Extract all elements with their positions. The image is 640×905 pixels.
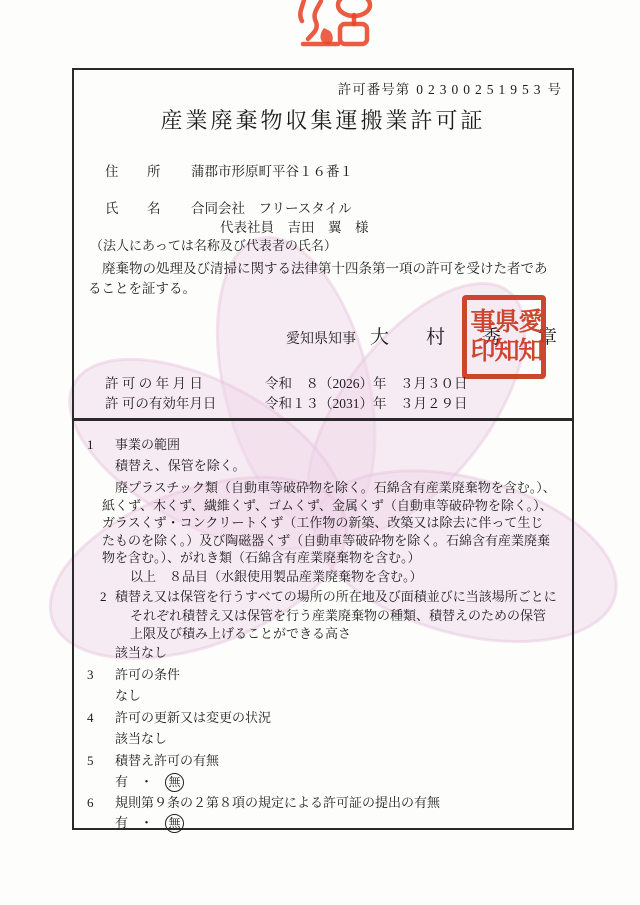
item1-line1: 積替え、保管を除く。: [115, 457, 558, 475]
item1-title: 事業の範囲: [115, 437, 180, 452]
holder-address-row: 住 所蒲郡市形原町平谷１６番１: [105, 160, 353, 180]
item6-no-option-circled: 無: [165, 814, 184, 833]
certification-statement: 廃棄物の処理及び清掃に関する法律第十四条第一項の許可を受けた者であることを証する…: [88, 259, 560, 298]
item5-title-row: 5積替え許可の有無: [87, 752, 558, 770]
item5-title: 積替え許可の有無: [115, 753, 219, 768]
item6-title: 規則第９条の２第８項の規定による許可証の提出の有無: [115, 795, 440, 810]
registration-stamp-icon: [291, 0, 379, 50]
item1-waste-types: 廃プラスチック類（自動車等破砕物を除く。石綿含有産業廃棄物を含む。）、紙くず、木…: [102, 479, 556, 567]
address-value: 蒲郡市形原町平谷１６番１: [191, 164, 353, 179]
legal-entity-note: （法人にあっては名称及び代表者の氏名）: [90, 235, 337, 254]
item6-separator: ・: [140, 815, 153, 830]
expiry-date-row: 許 可の有効年月日令和１３（2031）年 ３月２９日: [105, 392, 468, 412]
item4-title: 許可の更新又は変更の状況: [115, 710, 271, 725]
item2-body: 該当なし: [115, 644, 558, 662]
permit-date-row: 許 可 の 年 月 日令和 ８（2026）年 ３月３０日: [105, 372, 468, 392]
permit-header-box: 許可番号第02300251953号 産業廃棄物収集運搬業許可証 住 所蒲郡市形原…: [72, 68, 574, 420]
governor-seal: 愛知県知事印: [462, 295, 546, 379]
item5-no-option-circled: 無: [165, 773, 184, 792]
representative-name: 代表社員 吉田 翼 様: [220, 216, 369, 236]
item6-number: 6: [87, 794, 115, 812]
holder-name-row: 氏 名合同会社 フリースタイル: [105, 197, 352, 217]
item4-number: 4: [87, 709, 115, 727]
item5-number: 5: [87, 752, 115, 770]
item5-choice: 有・無: [115, 772, 558, 792]
address-label: 住 所: [105, 164, 161, 179]
issuer-office: 愛知県知事: [286, 332, 356, 347]
item6-title-row: 6規則第９条の２第８項の規定による許可証の提出の有無: [87, 794, 558, 812]
permit-number-suffix: 号: [548, 82, 563, 97]
permit-details-box: 1事業の範囲 積替え、保管を除く。 廃プラスチック類（自動車等破砕物を除く。石綿…: [72, 419, 574, 830]
item4-title-row: 4許可の更新又は変更の状況: [87, 709, 558, 727]
item1-title-row: 1事業の範囲: [87, 436, 558, 454]
item3-title-row: 3許可の条件: [87, 666, 558, 684]
expiry-date-value: 令和１３（2031）年 ３月２９日: [265, 396, 468, 411]
item5-yes-option: 有: [115, 774, 128, 789]
permit-number-prefix: 許可番号第: [338, 82, 411, 97]
expiry-date-label: 許 可の有効年月日: [105, 392, 265, 412]
permit-document-page: 許可番号第02300251953号 産業廃棄物収集運搬業許可証 住 所蒲郡市形原…: [0, 0, 640, 905]
permit-number: 許可番号第02300251953号: [338, 78, 562, 98]
permit-number-value: 02300251953: [416, 82, 545, 97]
item2-title: 積替え又は保管を行うすべての場所の所在地及び面積並びに当該場所ごとにそれぞれ積替…: [115, 589, 557, 641]
item4-body: 該当なし: [115, 730, 558, 748]
item1-summary: 以上 ８品目（水銀使用製品産業廃棄物を含む。）: [130, 568, 558, 586]
item1-number: 1: [87, 436, 115, 454]
item2-title-row: 2積替え又は保管を行うすべての場所の所在地及び面積並びに当該場所ごとにそれぞれ積…: [115, 588, 558, 644]
item6-choice: 有・無: [115, 813, 558, 833]
document-title: 産業廃棄物収集運搬業許可証: [74, 104, 572, 135]
item5-separator: ・: [140, 774, 153, 789]
item3-title: 許可の条件: [115, 667, 180, 682]
permit-date-value: 令和 ８（2026）年 ３月３０日: [265, 376, 468, 391]
company-name: 合同会社 フリースタイル: [191, 201, 352, 216]
item3-number: 3: [87, 666, 115, 684]
permit-date-label: 許 可 の 年 月 日: [105, 372, 265, 392]
item6-yes-option: 有: [115, 815, 128, 830]
item3-body: なし: [115, 687, 558, 705]
name-label: 氏 名: [105, 201, 161, 216]
